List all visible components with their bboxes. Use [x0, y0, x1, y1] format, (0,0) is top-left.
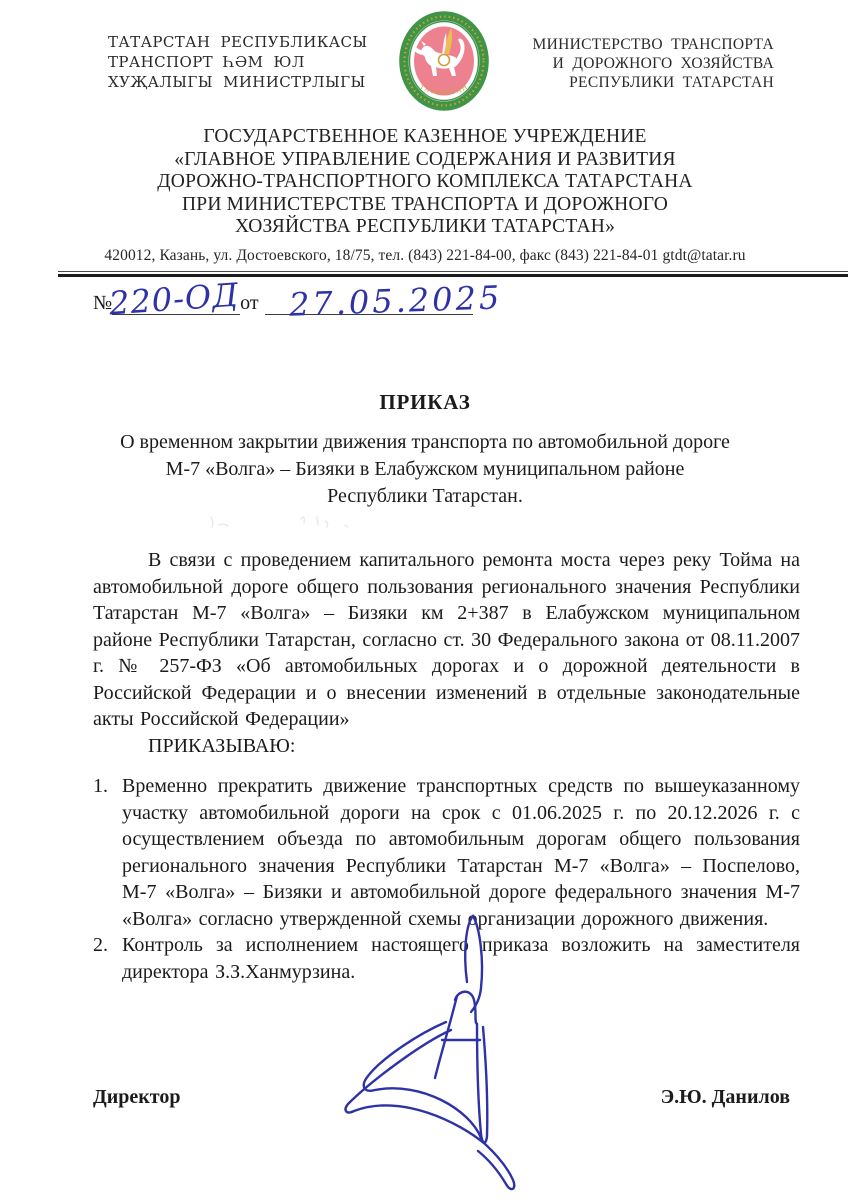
ministry-name-tatar-line: ТРАНСПОРТ ҺӘМ ЮЛ: [108, 52, 370, 72]
doc-subject: О временном закрытии движения транспорта…: [120, 429, 730, 510]
ministry-name-russian-line: МИНИСТЕРСТВО ТРАНСПОРТА: [492, 35, 774, 54]
tatarstan-coat-of-arms-icon: ТАТАРСТАН: [398, 10, 490, 112]
ot-label: от: [240, 292, 258, 314]
handwritten-doc-date: 27.05.2025: [288, 278, 502, 323]
ministry-name-russian-line: РЕСПУБЛИКИ ТАТАРСТАН: [492, 73, 774, 92]
item-number: 2.: [93, 932, 122, 985]
ministry-name-tatar-line: ХУҖАЛЫГЫ МИНИСТРЛЫГЫ: [108, 72, 370, 92]
signoff-name: Э.Ю. Данилов: [661, 1086, 790, 1109]
ministry-name-tatar: ТАТАРСТАН РЕСПУБЛИКАСЫ ТРАНСПОРТ ҺӘМ ЮЛ …: [108, 32, 370, 92]
organization-full-name: ГОСУДАРСТВЕННОЕ КАЗЕННОЕ УЧРЕЖДЕНИЕ «ГЛА…: [0, 126, 850, 239]
ministry-name-russian-line: И ДОРОЖНОГО ХОЗЯЙСТВА: [492, 54, 774, 73]
director-signature: [330, 912, 560, 1202]
contact-address-line: 420012, Казань, ул. Достоевского, 18/75,…: [0, 247, 850, 265]
doc-title: ПРИКАЗ: [0, 390, 850, 415]
ministry-name-russian: МИНИСТЕРСТВО ТРАНСПОРТА И ДОРОЖНОГО ХОЗЯ…: [492, 35, 774, 92]
item-text: Временно прекратить движение транспортны…: [122, 773, 800, 932]
signoff-post: Директор: [93, 1086, 181, 1109]
ministry-name-tatar-line: ТАТАРСТАН РЕСПУБЛИКАСЫ: [108, 32, 370, 52]
item-number: 1.: [93, 773, 122, 932]
doc-number-line: №от 220-ОД 27.05.2025: [93, 292, 593, 338]
handwritten-doc-number: 220-ОД: [108, 276, 240, 323]
order-word: ПРИКАЗЫВАЮ:: [93, 733, 800, 760]
body-paragraph: В связи с проведением капитального ремон…: [93, 547, 800, 733]
faint-pencil-marks: [205, 505, 365, 546]
document-page: ТАТАРСТАН РЕСПУБЛИКАСЫ ТРАНСПОРТ ҺӘМ ЮЛ …: [0, 0, 850, 1202]
order-item-1: 1. Временно прекратить движение транспор…: [93, 773, 800, 932]
letterhead-divider: [58, 271, 848, 277]
